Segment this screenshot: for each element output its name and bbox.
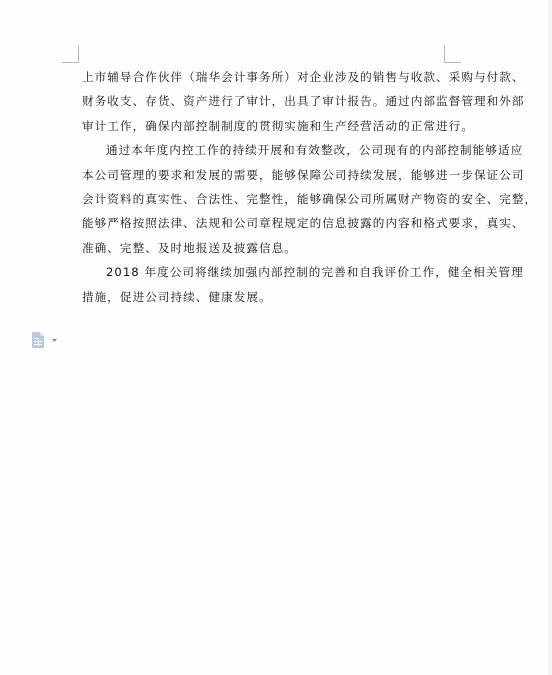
text-line: 通过本年度内控工作的持续开展和有效整改，公司现有的内部控制能够适应: [82, 138, 474, 162]
text-line: 能够严格按照法律、法规和公司章程规定的信息披露的内容和格式要求，真实、: [82, 211, 474, 235]
paste-options-button[interactable]: [31, 331, 61, 349]
text-line: 2018 年度公司将继续加强内部控制的完善和自我评价工作，健全相关管理: [82, 260, 474, 284]
text-line: 审计工作，确保内部控制制度的贯彻实施和生产经营活动的正常进行。: [82, 114, 474, 138]
paragraph-2: 通过本年度内控工作的持续开展和有效整改，公司现有的内部控制能够适应 本公司管理的…: [82, 138, 474, 260]
text-line: 上市辅导合作伙伴（瑞华会计事务所）对企业涉及的销售与收款、采购与付款、: [82, 65, 474, 89]
page-edge: [548, 0, 552, 675]
paragraph-1: 上市辅导合作伙伴（瑞华会计事务所）对企业涉及的销售与收款、采购与付款、 财务收支…: [82, 65, 474, 138]
margin-corner-top-left: [62, 46, 79, 63]
text-line: 财务收支、存货、资产进行了审计，出具了审计报告。通过内部监督管理和外部: [82, 89, 474, 113]
text-line: 措施，促进公司持续、健康发展。: [82, 285, 474, 309]
text-line: 本公司管理的要求和发展的需要，能够保障公司持续发展，能够进一步保证公司: [82, 163, 474, 187]
paragraph-3: 2018 年度公司将继续加强内部控制的完善和自我评价工作，健全相关管理 措施，促…: [82, 260, 474, 309]
paste-options-icon: [31, 331, 61, 349]
text-line: 准确、完整、及时地报送及披露信息。: [82, 236, 474, 260]
document-body[interactable]: 上市辅导合作伙伴（瑞华会计事务所）对企业涉及的销售与收款、采购与付款、 财务收支…: [82, 65, 474, 309]
margin-corner-top-right: [444, 46, 461, 63]
text-line: 会计资料的真实性、合法性、完整性，能够确保公司所属财产物资的安全、完整，: [82, 187, 474, 211]
document-page: 上市辅导合作伙伴（瑞华会计事务所）对企业涉及的销售与收款、采购与付款、 财务收支…: [0, 0, 548, 675]
chevron-down-icon: [52, 339, 57, 342]
